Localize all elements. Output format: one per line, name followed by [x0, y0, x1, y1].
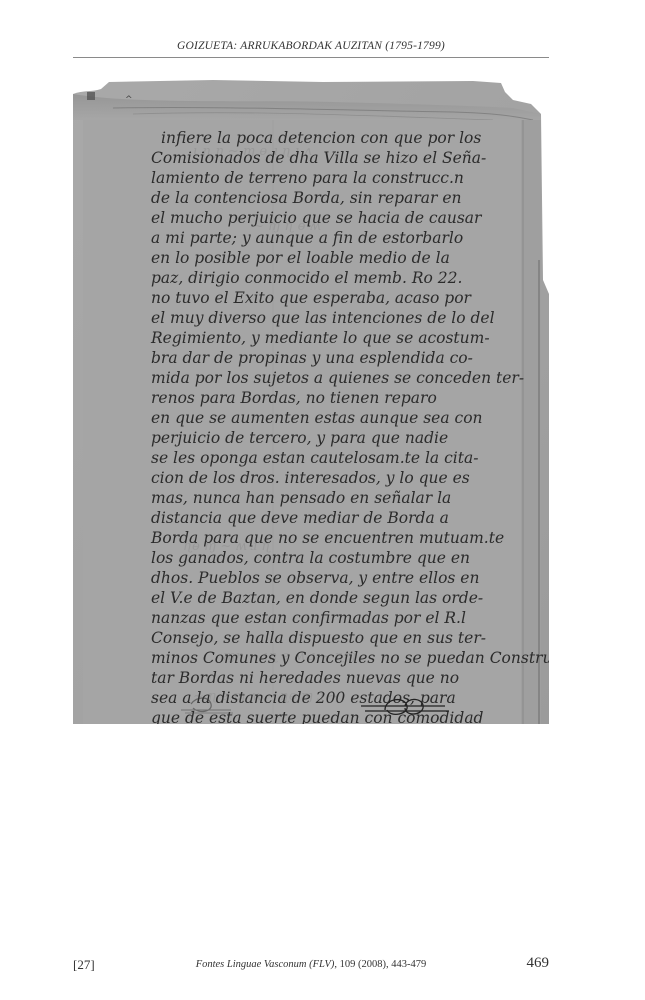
ms-line: paz, dirigio conmocido el memb. Ro 22. [151, 269, 462, 287]
ms-line: a mi parte; y aunque a fin de estorbarlo [151, 229, 463, 247]
ms-line: el muy diverso que las intenciones de lo… [151, 309, 495, 327]
ms-line: Consejo, se halla dispuesto que en sus t… [151, 629, 486, 647]
ms-line: perjuicio de tercero, y para que nadie [151, 429, 448, 447]
ms-line: Regimiento, y mediante lo que se acostum… [150, 329, 490, 347]
ms-line: el V.e de Baztan, en donde segun las ord… [151, 589, 483, 607]
journal-citation: Fontes Linguae Vasconum (FLV), 109 (2008… [73, 959, 549, 970]
ms-line: mida por los sujetos a quienes se conced… [151, 369, 524, 387]
ms-line: sea a la distancia de 200 estados, para [151, 689, 456, 707]
running-head: GOIZUETA: ARRUKABORDAK AUZITAN (1795-179… [73, 40, 549, 52]
svg-text:^: ^ [125, 95, 133, 105]
ms-line: minos Comunes y Concejiles no se puedan … [151, 649, 549, 667]
ms-line: se les oponga estan cautelosam.te la cit… [151, 449, 478, 467]
citation-details: , 109 (2008), 443-479 [334, 959, 426, 970]
ms-line: el mucho perjuicio que se hacia de causa… [151, 209, 483, 227]
ms-line: infiere la poca detencion con que por lo… [161, 129, 481, 147]
ms-line: los ganados, contra la costumbre que en [151, 549, 470, 567]
ms-line: lamiento de terreno para la construcc.n [151, 169, 464, 187]
journal-title: Fontes Linguae Vasconum (FLV) [196, 959, 335, 970]
page-number: 469 [527, 955, 550, 972]
ms-line: Comisionados de dha Villa se hizo el Señ… [151, 149, 486, 167]
page-footer: [27] Fontes Linguae Vasconum (FLV), 109 … [73, 955, 549, 975]
ms-line: renos para Bordas, no tienen reparo [151, 389, 437, 407]
ms-line: dhos. Pueblos se observa, y entre ellos … [151, 569, 479, 587]
ms-line: tar Bordas ni heredades nuevas que no [151, 669, 459, 687]
ms-line: cion de los dros. interesados, y lo que … [151, 469, 470, 487]
ms-line: Borda para que no se encuentren mutuam.t… [150, 529, 504, 547]
ms-line: mas, nunca han pensado en señalar la [151, 489, 451, 507]
manuscript-figure: ^ ɩ ɳ ɲ ~ ɱ ɵ ɹ ɳ ɩ ʌ ~ ɱ ɳ ɵ ʍ ɳɵ ɱ ~ ʍ… [73, 80, 549, 724]
ms-line: no tuvo el Exito que esperaba, acaso por [151, 289, 473, 307]
ms-line: distancia que deve mediar de Borda a [151, 509, 449, 527]
ms-line: en lo posible por el loable medio de la [151, 249, 450, 267]
header-rule [73, 57, 549, 58]
ms-line: de la contenciosa Borda, sin reparar en [151, 189, 461, 207]
ms-line: bra dar de propinas y una esplendida co- [151, 349, 473, 367]
ms-line: en que se aumenten estas aunque sea con [151, 409, 483, 427]
ms-line: nanzas que estan confirmadas por el R.l [151, 609, 466, 627]
